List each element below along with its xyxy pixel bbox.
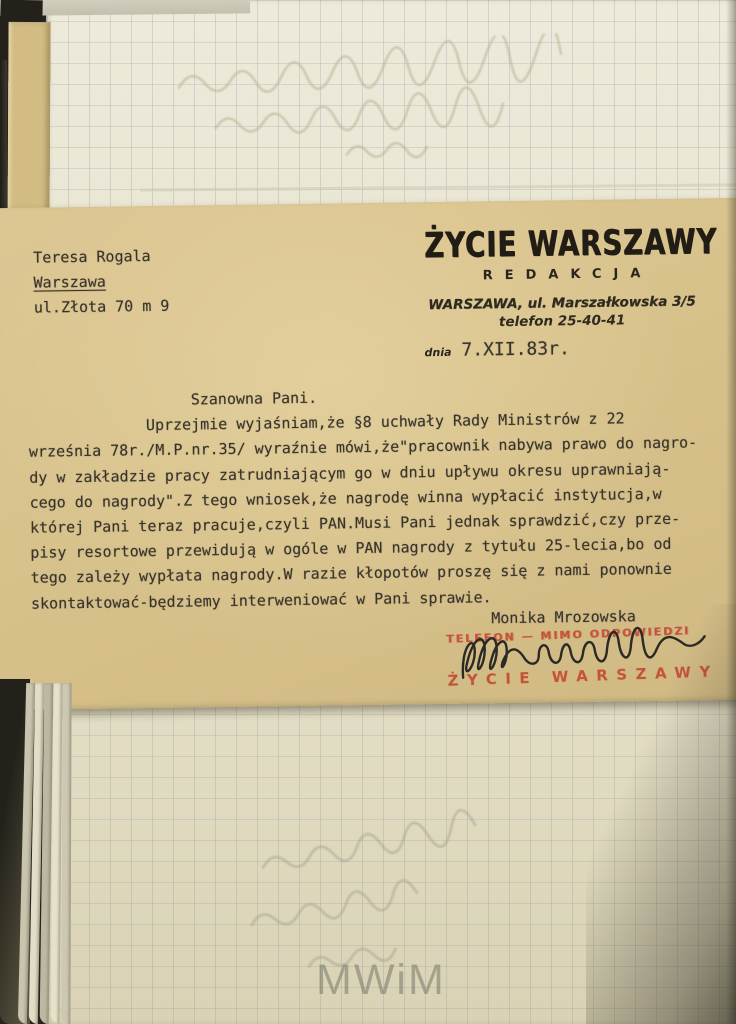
recipient-name: Teresa Rogala [33,244,169,271]
binding-shadow-bottom-right [586,604,736,1024]
watermark: MWiM [316,956,446,1005]
scan-background: Teresa Rogala Warszawa ul.Złota 70 m 9 Ż… [0,0,736,1024]
date-label: dnia [425,346,452,359]
page-stack-edges [0,679,110,1024]
letterhead-stamp-block: ŻYCIE WARSZAWY REDAKCJA WARSZAWA, ul. Ma… [417,224,707,361]
date-value: 7.XII.83r. [461,338,570,361]
letter-body: Szanowna Pani. Uprzejmie wyjaśniam,że §8… [28,380,699,616]
recipient-city: Warszawa [33,269,169,296]
date-row: dnia 7.XII.83r. [418,336,706,361]
letterhead-address: WARSZAWA, ul. Marszałkowska 3/5 [418,293,706,313]
recipient-street: ul.Złota 70 m 9 [34,294,170,321]
letterhead-subtitle: REDAKCJA [417,265,705,284]
letterhead-title: ŻYCIE WARSZAWY [424,221,698,266]
letterhead-phone: telefon 25-40-41 [418,311,706,331]
recipient-address-block: Teresa Rogala Warszawa ul.Złota 70 m 9 [33,244,170,321]
